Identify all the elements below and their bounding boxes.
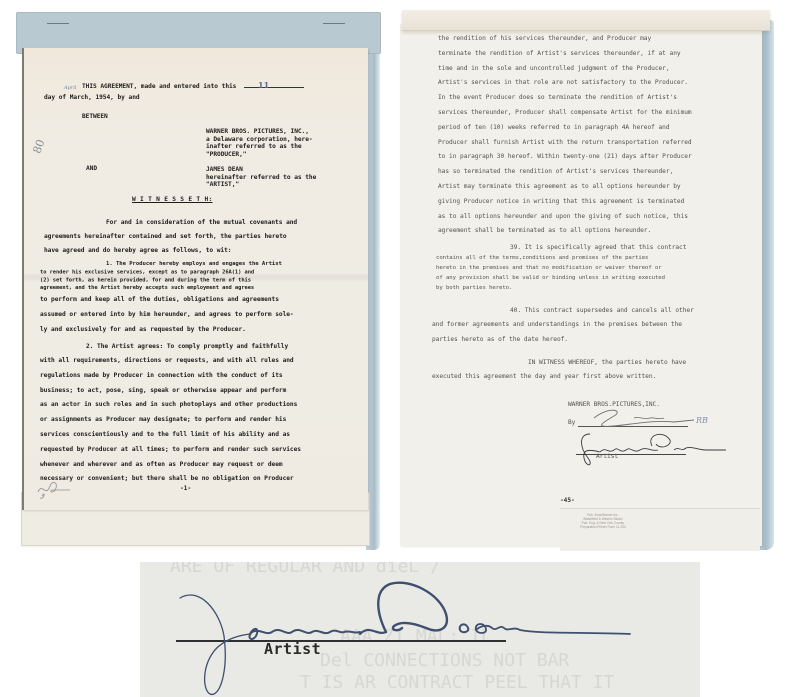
paragraph-40-first: 40. This contract supersedes and cancels…	[510, 304, 694, 319]
page-sheet: the rendition of his services thereunder…	[400, 24, 762, 546]
paragraph-40-body: and former agreements and understandings…	[432, 318, 682, 348]
witness-first: IN WITNESS WHEREOF, the parties hereto h…	[528, 356, 686, 371]
printer-footer: Pub. Bros/Warner Inc. Watchfield & Westo…	[580, 513, 626, 529]
initials-scribble	[36, 478, 72, 500]
page-number: -1-	[180, 482, 191, 497]
paragraph-1-body: to render his exclusive services, except…	[40, 269, 254, 292]
continuation-text: the rendition of his services thereunder…	[438, 32, 692, 239]
consideration-line: agreements hereinafter contained and set…	[44, 230, 287, 245]
consideration-line: have agreed and do hereby agree as follo…	[44, 244, 231, 259]
paragraph-1: 1. The Producer hereby employs and engag…	[106, 260, 282, 269]
contract-page-45: the rendition of his services thereunder…	[400, 10, 780, 555]
artist-block: JAMES DEAN hereinafter referred to as th…	[206, 166, 316, 189]
paragraph-39-body: contains all of the terms,conditions and…	[436, 253, 665, 293]
company-initials: RB	[696, 416, 708, 425]
between-label: BETWEEN	[82, 110, 108, 125]
page-sheet: THIS AGREEMENT, made and entered into th…	[22, 48, 368, 510]
folded-top-strip	[402, 10, 770, 31]
witnesseth-heading: W I T N E S S E T H:	[132, 193, 213, 208]
folder-mark	[47, 23, 69, 24]
james-dean-signature	[140, 562, 700, 697]
artist-signature-small	[572, 428, 732, 470]
contract-page-1: Pub. Eng. & New York County Preparation …	[16, 12, 380, 542]
signature-detail-crop: ARE OF REGULAR AND dieL / AAA ZI MAL: IL…	[140, 562, 700, 697]
date-line: day of March, 1954, by and	[44, 91, 140, 106]
paragraph-2-body: with all requirements, directions or req…	[40, 354, 301, 487]
blue-folder-back	[366, 50, 380, 550]
date-blank: 11	[244, 87, 304, 88]
and-label: AND	[86, 162, 97, 177]
underlying-sheet: Pub. Bros/Warner Inc. Watchfield & Westo…	[560, 508, 760, 551]
consideration-line: For and in consideration of the mutual c…	[106, 216, 297, 231]
folder-mark	[323, 23, 345, 24]
paragraph-2-first: 2. The Artist agrees: To comply promptly…	[86, 340, 288, 355]
paragraph-1-tail: to perform and keep all of the duties, o…	[40, 293, 294, 337]
page-number: -45-	[560, 494, 575, 509]
witness-body: executed this agreement the day and year…	[432, 370, 656, 385]
producer-block: WARNER BROS. PICTURES, INC., a Delaware …	[206, 128, 313, 158]
margin-note: 80	[30, 138, 47, 156]
